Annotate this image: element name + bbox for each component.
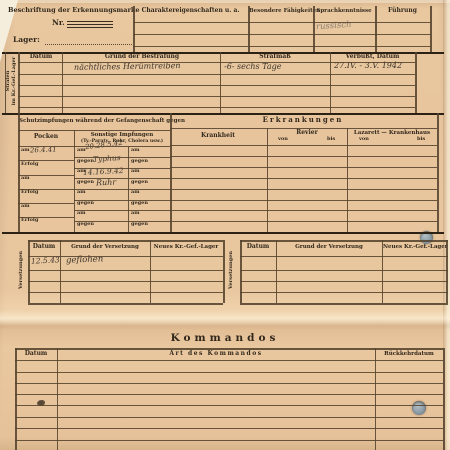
col-character-traits: Charaktereigenschaften u. a. (136, 8, 245, 15)
rule-line (443, 348, 445, 450)
rule-line (15, 348, 443, 350)
versetzungen-left-col-reason: Grund der Versetzung (62, 244, 148, 250)
rule-line (18, 62, 415, 63)
rule-line (223, 240, 225, 303)
kommandos-col-date: Datum (17, 351, 55, 358)
rule-line (18, 52, 20, 113)
rule-line (276, 240, 277, 303)
versetzungen-left-col-newcamp: Neues Kr.-Gef.-Lager (151, 244, 221, 250)
impfungen-row-label-am: am (21, 148, 30, 154)
rule-line (15, 417, 443, 418)
rule-line (15, 428, 443, 429)
rule-line (74, 210, 170, 211)
erkrankungen-infirmary-to: bis (327, 137, 335, 143)
erkrankungen-hospital-to: bis (417, 137, 425, 143)
rule-line (18, 146, 170, 147)
rule-line (375, 6, 377, 52)
rule-line (170, 113, 172, 232)
rule-line (15, 394, 443, 395)
document-page: Beschriftung der Erkennungsmarke Nr. Lag… (0, 0, 450, 450)
rule-line (133, 6, 135, 52)
impfungen-row-label-erfolg: Erfolg (21, 190, 38, 196)
versetzungen-right-col-date: Datum (242, 244, 274, 251)
strafen-col-served: Verbüßt, Datum (331, 54, 414, 61)
rule-line (248, 6, 250, 52)
rule-line (18, 96, 415, 97)
id-number-label: Nr. (52, 19, 65, 27)
col-conduct: Führung (377, 8, 428, 15)
rule-line (170, 128, 437, 129)
rule-line (170, 145, 437, 146)
kommandos-col-type: Art des Kommandos (59, 351, 373, 358)
rule-line (15, 372, 443, 373)
impfungen-row-label-am: am (21, 204, 30, 210)
strafen-row1-sentence: -6- sechs Tage (224, 63, 282, 71)
versetzungen-right-col-reason: Grund der Versetzung (278, 244, 380, 250)
col-special-abilities: Besondere Fähigkeiten (249, 8, 312, 14)
rule-line (18, 74, 415, 75)
rule-line (267, 128, 268, 232)
rule-line (15, 360, 443, 361)
strafen-row1-served: 27.IV. - 3.V. 1942 (334, 62, 402, 70)
rule-line (220, 52, 221, 113)
rule-line (5, 52, 6, 113)
impfungen-row-label-erfolg: Erfolg (21, 162, 38, 168)
camp-label: Lager: (13, 36, 40, 44)
rule-line (240, 256, 448, 257)
impfungen-row-label-am: am (131, 148, 140, 154)
impfungen-row-label-am: am (77, 148, 86, 154)
impfungen-row-label-gegen: gegen (131, 201, 148, 207)
id-block-title: Beschriftung der Erkennungsmarke (8, 7, 132, 14)
rule-line (28, 240, 223, 242)
rule-line (74, 189, 170, 190)
rule-line (240, 240, 242, 303)
impfungen-row-label-gegen: gegen (77, 201, 94, 207)
kommandos-title: Kommandos (163, 333, 287, 345)
paper-top-edge (0, 0, 450, 3)
impfungen-row-label-gegen: gegen (77, 222, 94, 228)
impfungen-other-against-entry-1: Typhus (93, 154, 121, 163)
rule-line (28, 270, 223, 271)
rule-line (18, 85, 415, 86)
impfungen-row-label-am: am (131, 169, 140, 175)
impfungen-row-label-gegen: gegen (131, 222, 148, 228)
strafen-row1-reason: nächtliches Herümtreiben (74, 62, 181, 72)
impfungen-row-label-am: am (131, 190, 140, 196)
versetzungen-left-col-date: Datum (30, 244, 58, 251)
rule-line (15, 440, 443, 441)
rule-line (170, 167, 437, 168)
rule-line (15, 383, 443, 384)
rule-line (18, 107, 415, 108)
rule-line (150, 240, 151, 303)
rule-line (347, 128, 348, 232)
impfungen-row-label-erfolg: Erfolg (21, 218, 38, 224)
impfungen-row-label-am: am (131, 211, 140, 217)
rule-line (170, 178, 437, 179)
rule-line (2, 52, 444, 54)
impfungen-row-label-gegen: gegen (131, 159, 148, 165)
impfungen-title: Schutzimpfungen während der Gefangenscha… (19, 118, 169, 124)
rule-line (15, 348, 17, 450)
impfungen-col-smallpox: Pocken (20, 134, 72, 141)
rule-line (170, 221, 437, 222)
rule-line (446, 240, 448, 303)
impfungen-row-label-am: am (77, 211, 86, 217)
rule-line (18, 113, 20, 232)
rule-line (330, 52, 331, 113)
versetzungen-row1-date: 12.5.43 (31, 256, 60, 265)
rule-line (28, 292, 223, 293)
rule-line (430, 6, 432, 52)
rule-line (74, 168, 170, 169)
strafen-side-label-line2: im Kr.-Gef.-Lager (11, 57, 17, 106)
rule-line (437, 113, 439, 232)
strafen-col-sentence: Strafmaß (222, 54, 328, 61)
erkrankungen-hospital-from: von (359, 137, 369, 143)
rule-line (74, 130, 75, 232)
impfungen-row-label-am: am (77, 169, 86, 175)
rule-line (62, 52, 63, 113)
punch-hole-bottom (412, 401, 426, 415)
kommandos-col-return-date: Rückkehrdatum (377, 351, 441, 357)
rule-line (133, 22, 430, 23)
camp-entry-line (45, 36, 132, 45)
rule-line (375, 348, 376, 450)
strafen-col-date: Datum (20, 54, 62, 61)
rule-line (313, 6, 315, 52)
impfungen-row-label-gegen: gegen (77, 180, 94, 186)
rule-line (382, 240, 383, 303)
rule-line (133, 46, 430, 47)
rule-line (240, 270, 448, 271)
erkrankungen-title: Erkrankungen (240, 116, 366, 124)
impfungen-pocken-date-entry: 26.4.41 (30, 147, 57, 155)
impfungen-row-label-am: am (77, 190, 86, 196)
col-language-skills: Sprachkenntnisse (314, 8, 374, 14)
rule-line (133, 34, 430, 35)
rule-line (60, 240, 61, 303)
rule-line (28, 240, 30, 303)
strafen-side-label: Strafen im Kr.-Gef.-Lager (5, 51, 17, 111)
rule-line (415, 52, 417, 113)
impfungen-other-against-entry-2: Ruhr (96, 179, 116, 188)
versetzungen-left-side-label: Versetzungen (18, 238, 24, 302)
rule-line (2, 232, 444, 234)
rule-line (170, 189, 437, 190)
impfungen-row-label-gegen: gegen (77, 159, 94, 165)
erkrankungen-col-illness: Krankheit (175, 133, 261, 140)
impfungen-row-label-am: am (21, 176, 30, 182)
rule-line (128, 146, 129, 232)
id-number-redacted-lines (67, 21, 113, 29)
rule-line (240, 281, 448, 282)
rule-line (15, 405, 443, 406)
paper-fold-crease (0, 310, 450, 330)
versetzungen-right-col-newcamp: Neues Kr.-Gef.-Lager (383, 244, 445, 250)
impfungen-col-other-line1: Sonstige Impfungen (76, 132, 168, 138)
versetzungen-right-side-label: Versetzungen (228, 238, 234, 302)
rule-line (170, 210, 437, 211)
rule-line (57, 348, 58, 450)
rule-line (28, 281, 223, 282)
rule-line (240, 303, 448, 305)
rule-line (18, 130, 170, 131)
impfungen-row-label-gegen: gegen (131, 180, 148, 186)
rule-line (170, 156, 437, 157)
erkrankungen-infirmary-from: von (278, 137, 288, 143)
strafen-col-reason: Grund der Bestrafung (64, 54, 220, 61)
rule-line (170, 200, 437, 201)
rule-line (240, 292, 448, 293)
rule-line (28, 303, 223, 305)
rule-line (240, 240, 448, 242)
rule-line (28, 256, 223, 257)
rule-line (2, 113, 444, 115)
